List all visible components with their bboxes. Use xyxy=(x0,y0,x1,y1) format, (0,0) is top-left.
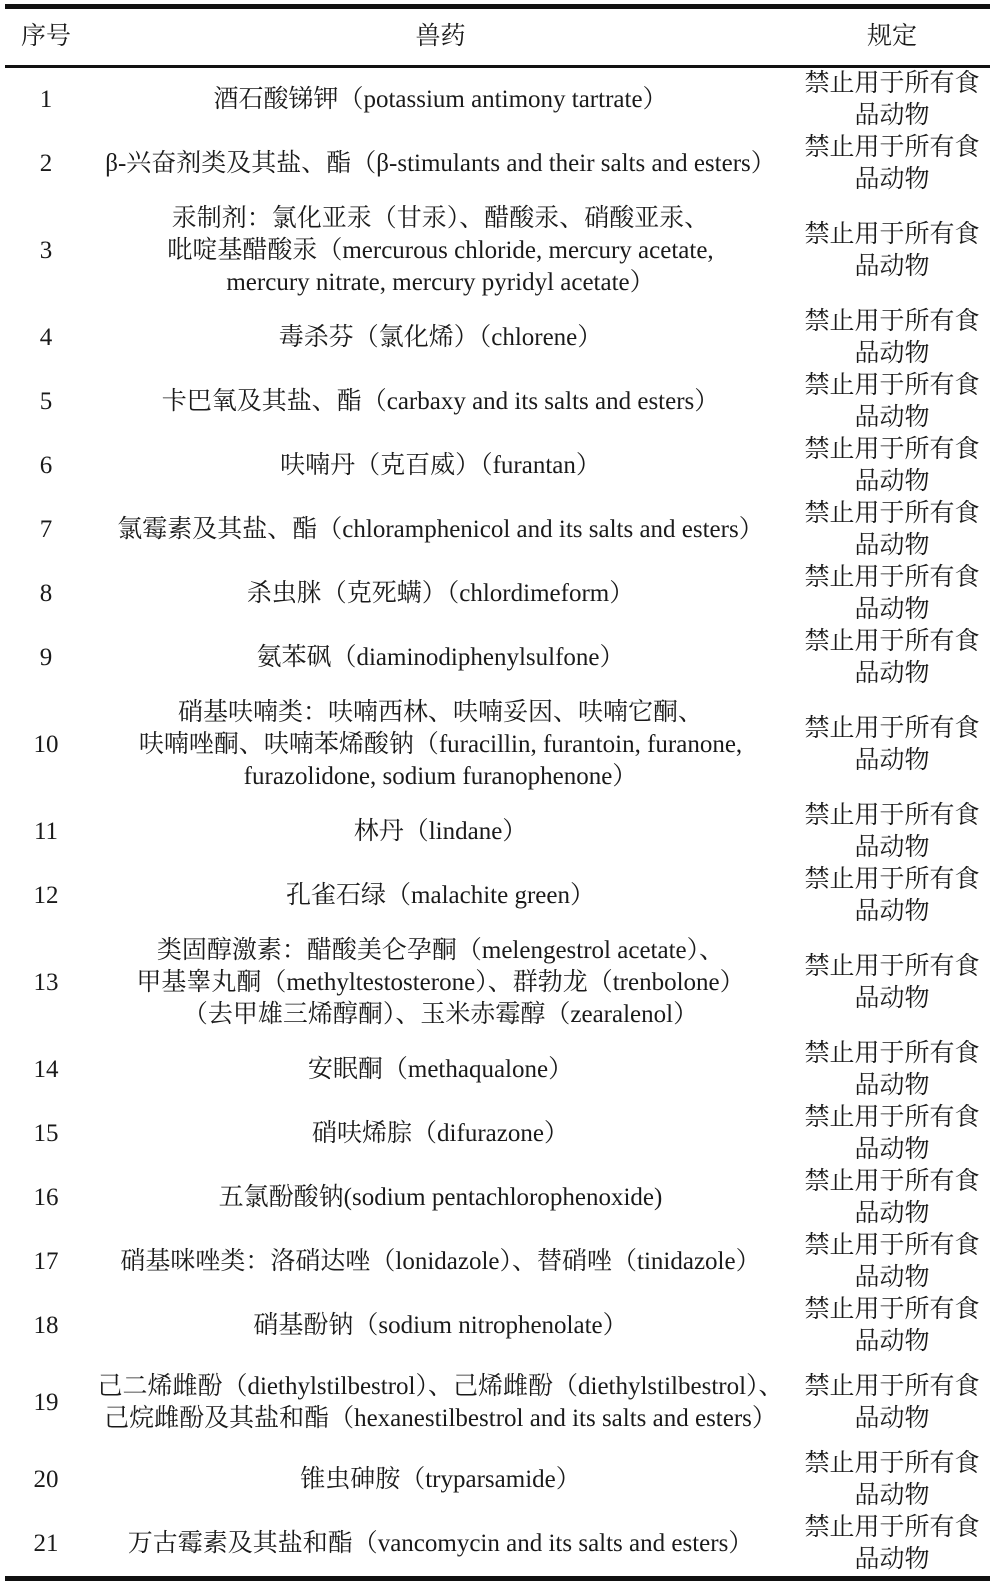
table-row: 11林丹（lindane）禁止用于所有食品动物 xyxy=(5,800,990,864)
drug-name: 林丹（lindane） xyxy=(87,800,794,864)
banned-drugs-table-body: 1酒石酸锑钾（potassium antimony tartrate）禁止用于所… xyxy=(5,68,990,1301)
table-row: 13类固醇激素：醋酸美仑孕酮（melengestrol acetate）、 甲基… xyxy=(5,928,990,1038)
regulation: 禁止用于所有食品动物 xyxy=(794,626,990,690)
table-row: 2β-兴奋剂类及其盐、酯（β-stimulants and their salt… xyxy=(5,132,990,196)
header-rule: 规定 xyxy=(794,9,990,65)
row-number: 18 xyxy=(5,1294,87,1301)
regulation: 禁止用于所有食品动物 xyxy=(794,434,990,498)
regulation: 禁止用于所有食品动物 xyxy=(794,1230,990,1294)
regulation: 禁止用于所有食品动物 xyxy=(794,1294,990,1301)
regulation: 禁止用于所有食品动物 xyxy=(794,306,990,370)
table-row: 15硝呋烯腙（difurazone）禁止用于所有食品动物 xyxy=(5,1102,990,1166)
drug-name: 氯霉素及其盐、酯（chloramphenicol and its salts a… xyxy=(87,498,794,562)
drug-name: 卡巴氧及其盐、酯（carbaxy and its salts and ester… xyxy=(87,370,794,434)
table-row: 4毒杀芬（氯化烯）（chlorene）禁止用于所有食品动物 xyxy=(5,306,990,370)
table-row: 16五氯酚酸钠(sodium pentachlorophenoxide)禁止用于… xyxy=(5,1166,990,1230)
regulation: 禁止用于所有食品动物 xyxy=(794,1102,990,1166)
regulation: 禁止用于所有食品动物 xyxy=(794,1038,990,1102)
table-row: 6呋喃丹（克百威）（furantan）禁止用于所有食品动物 xyxy=(5,434,990,498)
regulation: 禁止用于所有食品动物 xyxy=(794,928,990,1038)
regulation: 禁止用于所有食品动物 xyxy=(794,498,990,562)
table-row: 7氯霉素及其盐、酯（chloramphenicol and its salts … xyxy=(5,498,990,562)
drug-name: 安眠酮（methaqualone） xyxy=(87,1038,794,1102)
row-number: 2 xyxy=(5,132,87,196)
table-row: 5卡巴氧及其盐、酯（carbaxy and its salts and este… xyxy=(5,370,990,434)
row-number: 9 xyxy=(5,626,87,690)
table-row: 18硝基酚钠（sodium nitrophenolate）禁止用于所有食品动物 xyxy=(5,1294,990,1301)
row-number: 16 xyxy=(5,1166,87,1230)
drug-name: 硝基咪唑类：洛硝达唑（lonidazole）、替硝唑（tinidazole） xyxy=(87,1230,794,1294)
header-row: 序号 兽药 规定 xyxy=(5,9,990,65)
row-number: 3 xyxy=(5,196,87,306)
regulation: 禁止用于所有食品动物 xyxy=(794,864,990,928)
table-row: 17硝基咪唑类：洛硝达唑（lonidazole）、替硝唑（tinidazole）… xyxy=(5,1230,990,1294)
row-number: 14 xyxy=(5,1038,87,1102)
table-row: 10硝基呋喃类：呋喃西林、呋喃妥因、呋喃它酮、 呋喃唑酮、呋喃苯烯酸钠（fura… xyxy=(5,690,990,800)
row-number: 17 xyxy=(5,1230,87,1294)
drug-name: β-兴奋剂类及其盐、酯（β-stimulants and their salts… xyxy=(87,132,794,196)
regulation: 禁止用于所有食品动物 xyxy=(794,800,990,864)
regulation: 禁止用于所有食品动物 xyxy=(794,690,990,800)
regulation: 禁止用于所有食品动物 xyxy=(794,1166,990,1230)
row-number: 7 xyxy=(5,498,87,562)
drug-name: 杀虫脒（克死螨）（chlordimeform） xyxy=(87,562,794,626)
table-row: 8杀虫脒（克死螨）（chlordimeform）禁止用于所有食品动物 xyxy=(5,562,990,626)
row-number: 6 xyxy=(5,434,87,498)
drug-name: 硝基呋喃类：呋喃西林、呋喃妥因、呋喃它酮、 呋喃唑酮、呋喃苯烯酸钠（furaci… xyxy=(87,690,794,800)
table-row: 3汞制剂：氯化亚汞（甘汞）、醋酸汞、硝酸亚汞、 吡啶基醋酸汞（mercurous… xyxy=(5,196,990,306)
drug-name: 呋喃丹（克百威）（furantan） xyxy=(87,434,794,498)
row-number: 8 xyxy=(5,562,87,626)
regulation: 禁止用于所有食品动物 xyxy=(794,562,990,626)
row-number: 10 xyxy=(5,690,87,800)
header-number: 序号 xyxy=(5,9,87,65)
drug-name: 汞制剂：氯化亚汞（甘汞）、醋酸汞、硝酸亚汞、 吡啶基醋酸汞（mercurous … xyxy=(87,196,794,306)
regulation: 禁止用于所有食品动物 xyxy=(794,370,990,434)
row-number: 1 xyxy=(5,68,87,132)
row-number: 4 xyxy=(5,306,87,370)
banned-drugs-table-container: 序号 兽药 规定 1酒石酸锑钾（potassium antimony tartr… xyxy=(5,4,990,1301)
row-number: 15 xyxy=(5,1102,87,1166)
header-drug: 兽药 xyxy=(87,9,794,65)
drug-name: 五氯酚酸钠(sodium pentachlorophenoxide) xyxy=(87,1166,794,1230)
row-number: 11 xyxy=(5,800,87,864)
row-number: 5 xyxy=(5,370,87,434)
drug-name: 孔雀石绿（malachite green） xyxy=(87,864,794,928)
table-row: 9氨苯砜（diaminodiphenylsulfone）禁止用于所有食品动物 xyxy=(5,626,990,690)
table-row: 1酒石酸锑钾（potassium antimony tartrate）禁止用于所… xyxy=(5,68,990,132)
row-number: 13 xyxy=(5,928,87,1038)
regulation: 禁止用于所有食品动物 xyxy=(794,68,990,132)
banned-drugs-table: 序号 兽药 规定 xyxy=(5,9,990,65)
regulation: 禁止用于所有食品动物 xyxy=(794,132,990,196)
drug-name: 类固醇激素：醋酸美仑孕酮（melengestrol acetate）、 甲基睾丸… xyxy=(87,928,794,1038)
row-number: 12 xyxy=(5,864,87,928)
table-row: 12孔雀石绿（malachite green）禁止用于所有食品动物 xyxy=(5,864,990,928)
regulation: 禁止用于所有食品动物 xyxy=(794,196,990,306)
table-row: 14安眠酮（methaqualone）禁止用于所有食品动物 xyxy=(5,1038,990,1102)
drug-name: 酒石酸锑钾（potassium antimony tartrate） xyxy=(87,68,794,132)
drug-name: 硝呋烯腙（difurazone） xyxy=(87,1102,794,1166)
drug-name: 硝基酚钠（sodium nitrophenolate） xyxy=(87,1294,794,1301)
drug-name: 毒杀芬（氯化烯）（chlorene） xyxy=(87,306,794,370)
drug-name: 氨苯砜（diaminodiphenylsulfone） xyxy=(87,626,794,690)
